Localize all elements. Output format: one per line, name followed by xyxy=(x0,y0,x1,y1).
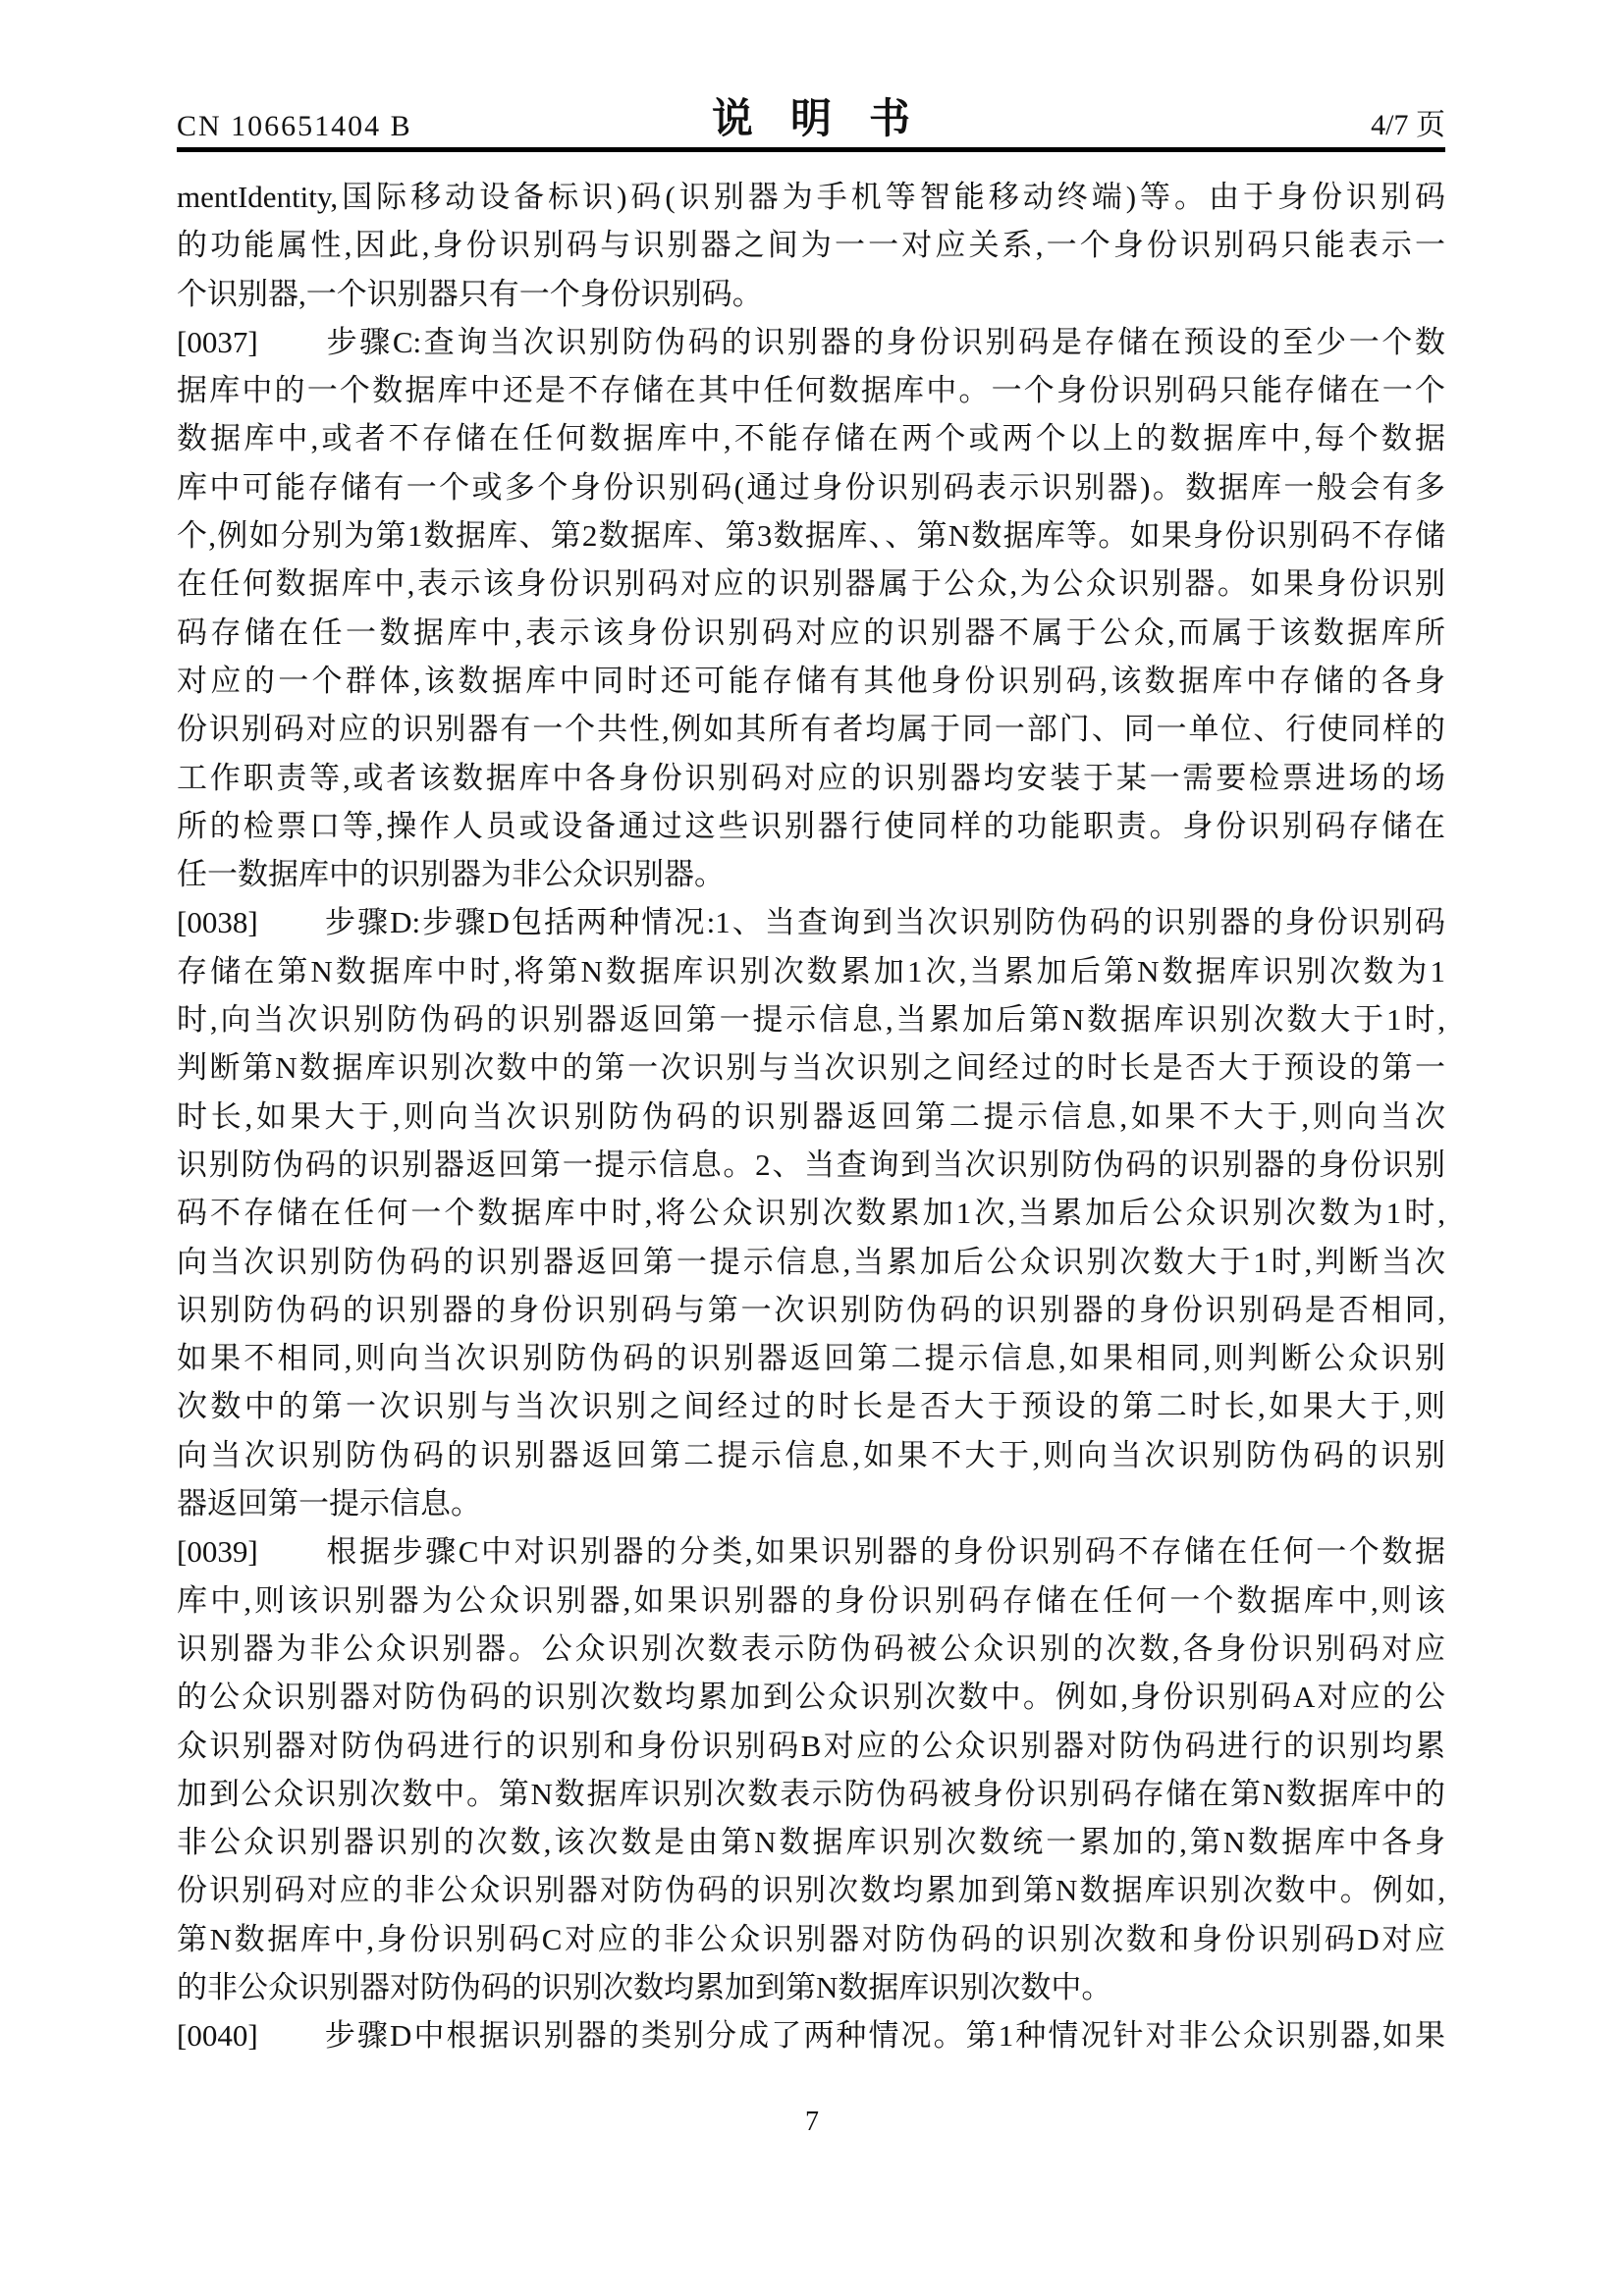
text-line: 份识别码对应的非公众识别器对防伪码的识别次数均累加到第N数据库识别次数中。例如, xyxy=(177,1866,1445,1914)
page-indicator: 4/7 页 xyxy=(1371,100,1445,143)
text-line: 任一数据库中的识别器为非公众识别器。 xyxy=(177,850,1445,898)
patent-document-page: CN 106651404 B 说明书 4/7 页 mentIdentity,国际… xyxy=(0,0,1624,2296)
text-line: 识别器为非公众识别器。公众识别次数表示防伪码被公众识别的次数,各身份识别码对应 xyxy=(177,1625,1445,1673)
text-line: 库中可能存储有一个或多个身份识别码(通过身份识别码表示识别器)。数据库一般会有多 xyxy=(177,463,1445,511)
text-line: 据库中的一个数据库中还是不存储在其中任何数据库中。一个身份识别码只能存储在一个 xyxy=(177,366,1445,414)
text-line: 在任何数据库中,表示该身份识别码对应的识别器属于公众,为公众识别器。如果身份识别 xyxy=(177,560,1445,608)
text-line: mentIdentity,国际移动设备标识)码(识别器为手机等智能移动终端)等。… xyxy=(177,173,1445,221)
text-line: 数据库中,或者不存储在任何数据库中,不能存储在两个或两个以上的数据库中,每个数据 xyxy=(177,414,1445,462)
text-line: 如果不相同,则向当次识别防伪码的识别器返回第二提示信息,如果相同,则判断公众识别 xyxy=(177,1334,1445,1382)
text-line: 非公众识别器识别的次数,该次数是由第N数据库识别次数统一累加的,第N数据库中各身 xyxy=(177,1818,1445,1866)
text-line: 时,向当次识别防伪码的识别器返回第一提示信息,当累加后第N数据库识别次数大于1时… xyxy=(177,995,1445,1043)
text-line: 码存储在任一数据库中,表示该身份识别码对应的识别器不属于公众,而属于该数据库所 xyxy=(177,609,1445,657)
text-line: 识别防伪码的识别器返回第一提示信息。2、当查询到当次识别防伪码的识别器的身份识别 xyxy=(177,1141,1445,1189)
text-line: 时长,如果大于,则向当次识别防伪码的识别器返回第二提示信息,如果不大于,则向当次 xyxy=(177,1093,1445,1141)
page-number: 7 xyxy=(805,2107,819,2137)
text-line: 向当次识别防伪码的识别器返回第二提示信息,如果不大于,则向当次识别防伪码的识别 xyxy=(177,1431,1445,1479)
text-line: 库中,则该识别器为公众识别器,如果识别器的身份识别码存储在任何一个数据库中,则该 xyxy=(177,1576,1445,1625)
header-divider xyxy=(177,147,1445,152)
text-line: [0040] 步骤D中根据识别器的类别分成了两种情况。第1种情况针对非公众识别器… xyxy=(177,2011,1445,2059)
text-line: 存储在第N数据库中时,将第N数据库识别次数累加1次,当累加后第N数据库识别次数为… xyxy=(177,947,1445,995)
text-line: 众识别器对防伪码进行的识别和身份识别码B对应的公众识别器对防伪码进行的识别均累 xyxy=(177,1722,1445,1770)
publication-number: CN 106651404 B xyxy=(177,110,412,143)
text-line: 对应的一个群体,该数据库中同时还可能存储有其他身份识别码,该数据库中存储的各身 xyxy=(177,657,1445,705)
text-line: 加到公众识别次数中。第N数据库识别次数表示防伪码被身份识别码存储在第N数据库中的 xyxy=(177,1770,1445,1818)
text-line: 第N数据库中,身份识别码C对应的非公众识别器对防伪码的识别次数和身份识别码D对应 xyxy=(177,1915,1445,1963)
text-line: [0038] 步骤D:步骤D包括两种情况:1、当查询到当次识别防伪码的识别器的身… xyxy=(177,898,1445,946)
text-line: 份识别码对应的识别器有一个共性,例如其所有者均属于同一部门、同一单位、行使同样的 xyxy=(177,705,1445,753)
text-line: 个,例如分别为第1数据库、第2数据库、第3数据库、、第N数据库等。如果身份识别码… xyxy=(177,511,1445,560)
text-line: 个识别器,一个识别器只有一个身份识别码。 xyxy=(177,270,1445,318)
description-body: mentIdentity,国际移动设备标识)码(识别器为手机等智能移动终端)等。… xyxy=(177,173,1445,2060)
text-line: 判断第N数据库识别次数中的第一次识别与当次识别之间经过的时长是否大于预设的第一 xyxy=(177,1043,1445,1092)
text-line: [0039] 根据步骤C中对识别器的分类,如果识别器的身份识别码不存储在任何一个… xyxy=(177,1527,1445,1575)
text-line: 工作职责等,或者该数据库中各身份识别码对应的识别器均安装于某一需要检票进场的场 xyxy=(177,754,1445,802)
text-line: 器返回第一提示信息。 xyxy=(177,1479,1445,1527)
text-line: 码不存储在任何一个数据库中时,将公众识别次数累加1次,当累加后公众识别次数为1时… xyxy=(177,1189,1445,1237)
text-line: [0037] 步骤C:查询当次识别防伪码的识别器的身份识别码是存储在预设的至少一… xyxy=(177,318,1445,366)
text-line: 次数中的第一次识别与当次识别之间经过的时长是否大于预设的第二时长,如果大于,则 xyxy=(177,1382,1445,1430)
text-line: 的非公众识别器对防伪码的识别次数均累加到第N数据库识别次数中。 xyxy=(177,1963,1445,2011)
text-line: 识别防伪码的识别器的身份识别码与第一次识别防伪码的识别器的身份识别码是否相同, xyxy=(177,1286,1445,1334)
text-line: 所的检票口等,操作人员或设备通过这些识别器行使同样的功能职责。身份识别码存储在 xyxy=(177,802,1445,850)
text-line: 的公众识别器对防伪码的识别次数均累加到公众识别次数中。例如,身份识别码A对应的公 xyxy=(177,1673,1445,1721)
text-line: 的功能属性,因此,身份识别码与识别器之间为一一对应关系,一个身份识别码只能表示一 xyxy=(177,221,1445,269)
page-header: CN 106651404 B 说明书 4/7 页 xyxy=(177,98,1445,145)
text-line: 向当次识别防伪码的识别器返回第一提示信息,当累加后公众识别次数大于1时,判断当次 xyxy=(177,1238,1445,1286)
page-footer: 7 xyxy=(0,2107,1624,2138)
page-title: 说明书 xyxy=(712,86,947,145)
